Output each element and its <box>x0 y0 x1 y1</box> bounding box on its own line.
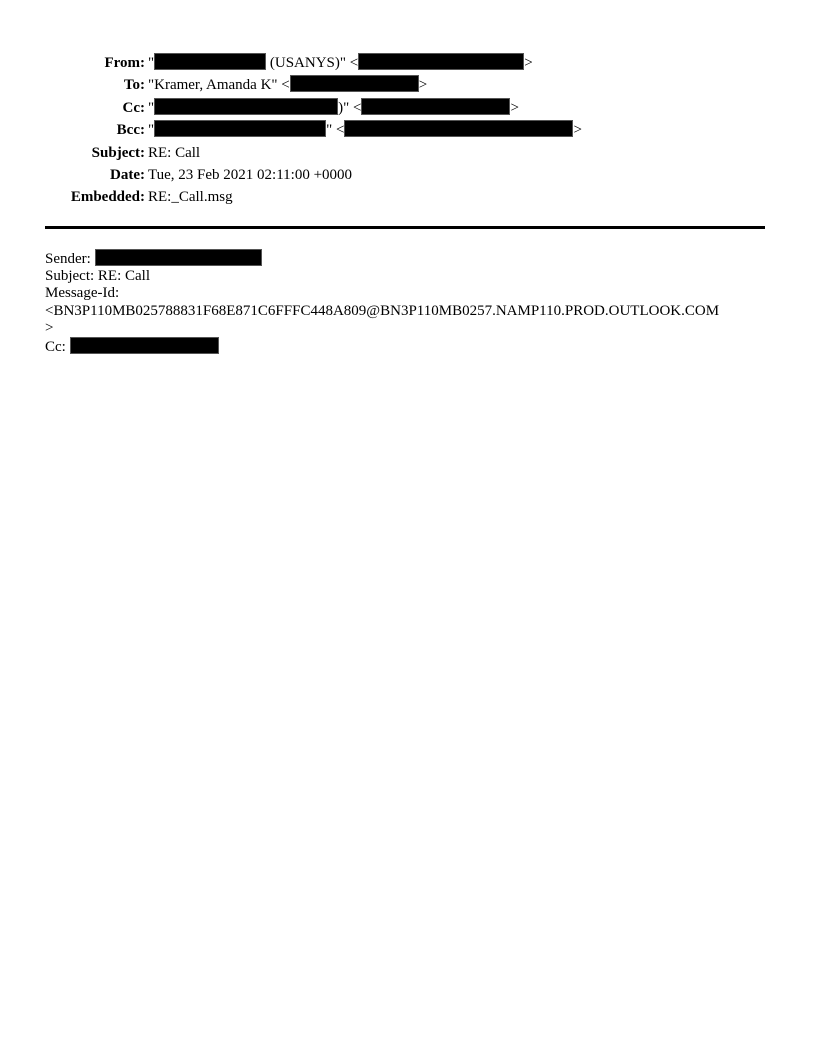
redaction-box <box>95 249 262 266</box>
subject-line: Subject: RE: Call <box>45 268 785 285</box>
to-row: To: "Kramer, Amanda K" <> <box>0 74 816 96</box>
subject-row: Subject: RE: Call <box>0 142 816 164</box>
bcc-row: Bcc: "" <> <box>0 119 816 141</box>
to-value: "Kramer, Amanda K" <> <box>148 74 427 96</box>
redaction-box <box>290 75 419 92</box>
subject-label: Subject: <box>92 142 145 164</box>
message-id-label: Message-Id: <box>45 285 785 302</box>
cc-label: Cc: <box>123 97 146 119</box>
cc-line: Cc: <box>45 337 785 356</box>
email-header: From: " (USANYS)" <> To: "Kramer, Amanda… <box>0 52 816 209</box>
subject-value: RE: Call <box>148 142 200 164</box>
embedded-value: RE:_Call.msg <box>148 186 233 208</box>
redaction-box <box>344 120 573 137</box>
to-label: To: <box>124 74 145 96</box>
embedded-label: Embedded: <box>71 186 145 208</box>
cc-value: ")" <> <box>148 97 519 119</box>
cc-row: Cc: ")" <> <box>0 97 816 119</box>
embedded-row: Embedded: RE:_Call.msg <box>0 186 816 208</box>
redaction-box <box>361 98 510 115</box>
date-row: Date: Tue, 23 Feb 2021 02:11:00 +0000 <box>0 164 816 186</box>
divider <box>45 226 765 229</box>
bcc-label: Bcc: <box>117 119 145 141</box>
date-label: Date: <box>110 164 145 186</box>
bcc-value: "" <> <box>148 119 582 141</box>
sender-line: Sender: <box>45 249 785 268</box>
redaction-box <box>154 53 266 70</box>
redaction-box <box>154 120 326 137</box>
message-id-value: <BN3P110MB025788831F68E871C6FFFC448A809@… <box>45 303 785 320</box>
from-label: From: <box>104 52 145 74</box>
message-id-close: > <box>45 320 785 337</box>
redaction-box <box>154 98 338 115</box>
date-value: Tue, 23 Feb 2021 02:11:00 +0000 <box>148 164 352 186</box>
redaction-box <box>358 53 524 70</box>
redaction-box <box>70 337 219 354</box>
message-body: Sender: Subject: RE: Call Message-Id: <B… <box>45 249 785 356</box>
from-row: From: " (USANYS)" <> <box>0 52 816 74</box>
from-value: " (USANYS)" <> <box>148 52 533 74</box>
